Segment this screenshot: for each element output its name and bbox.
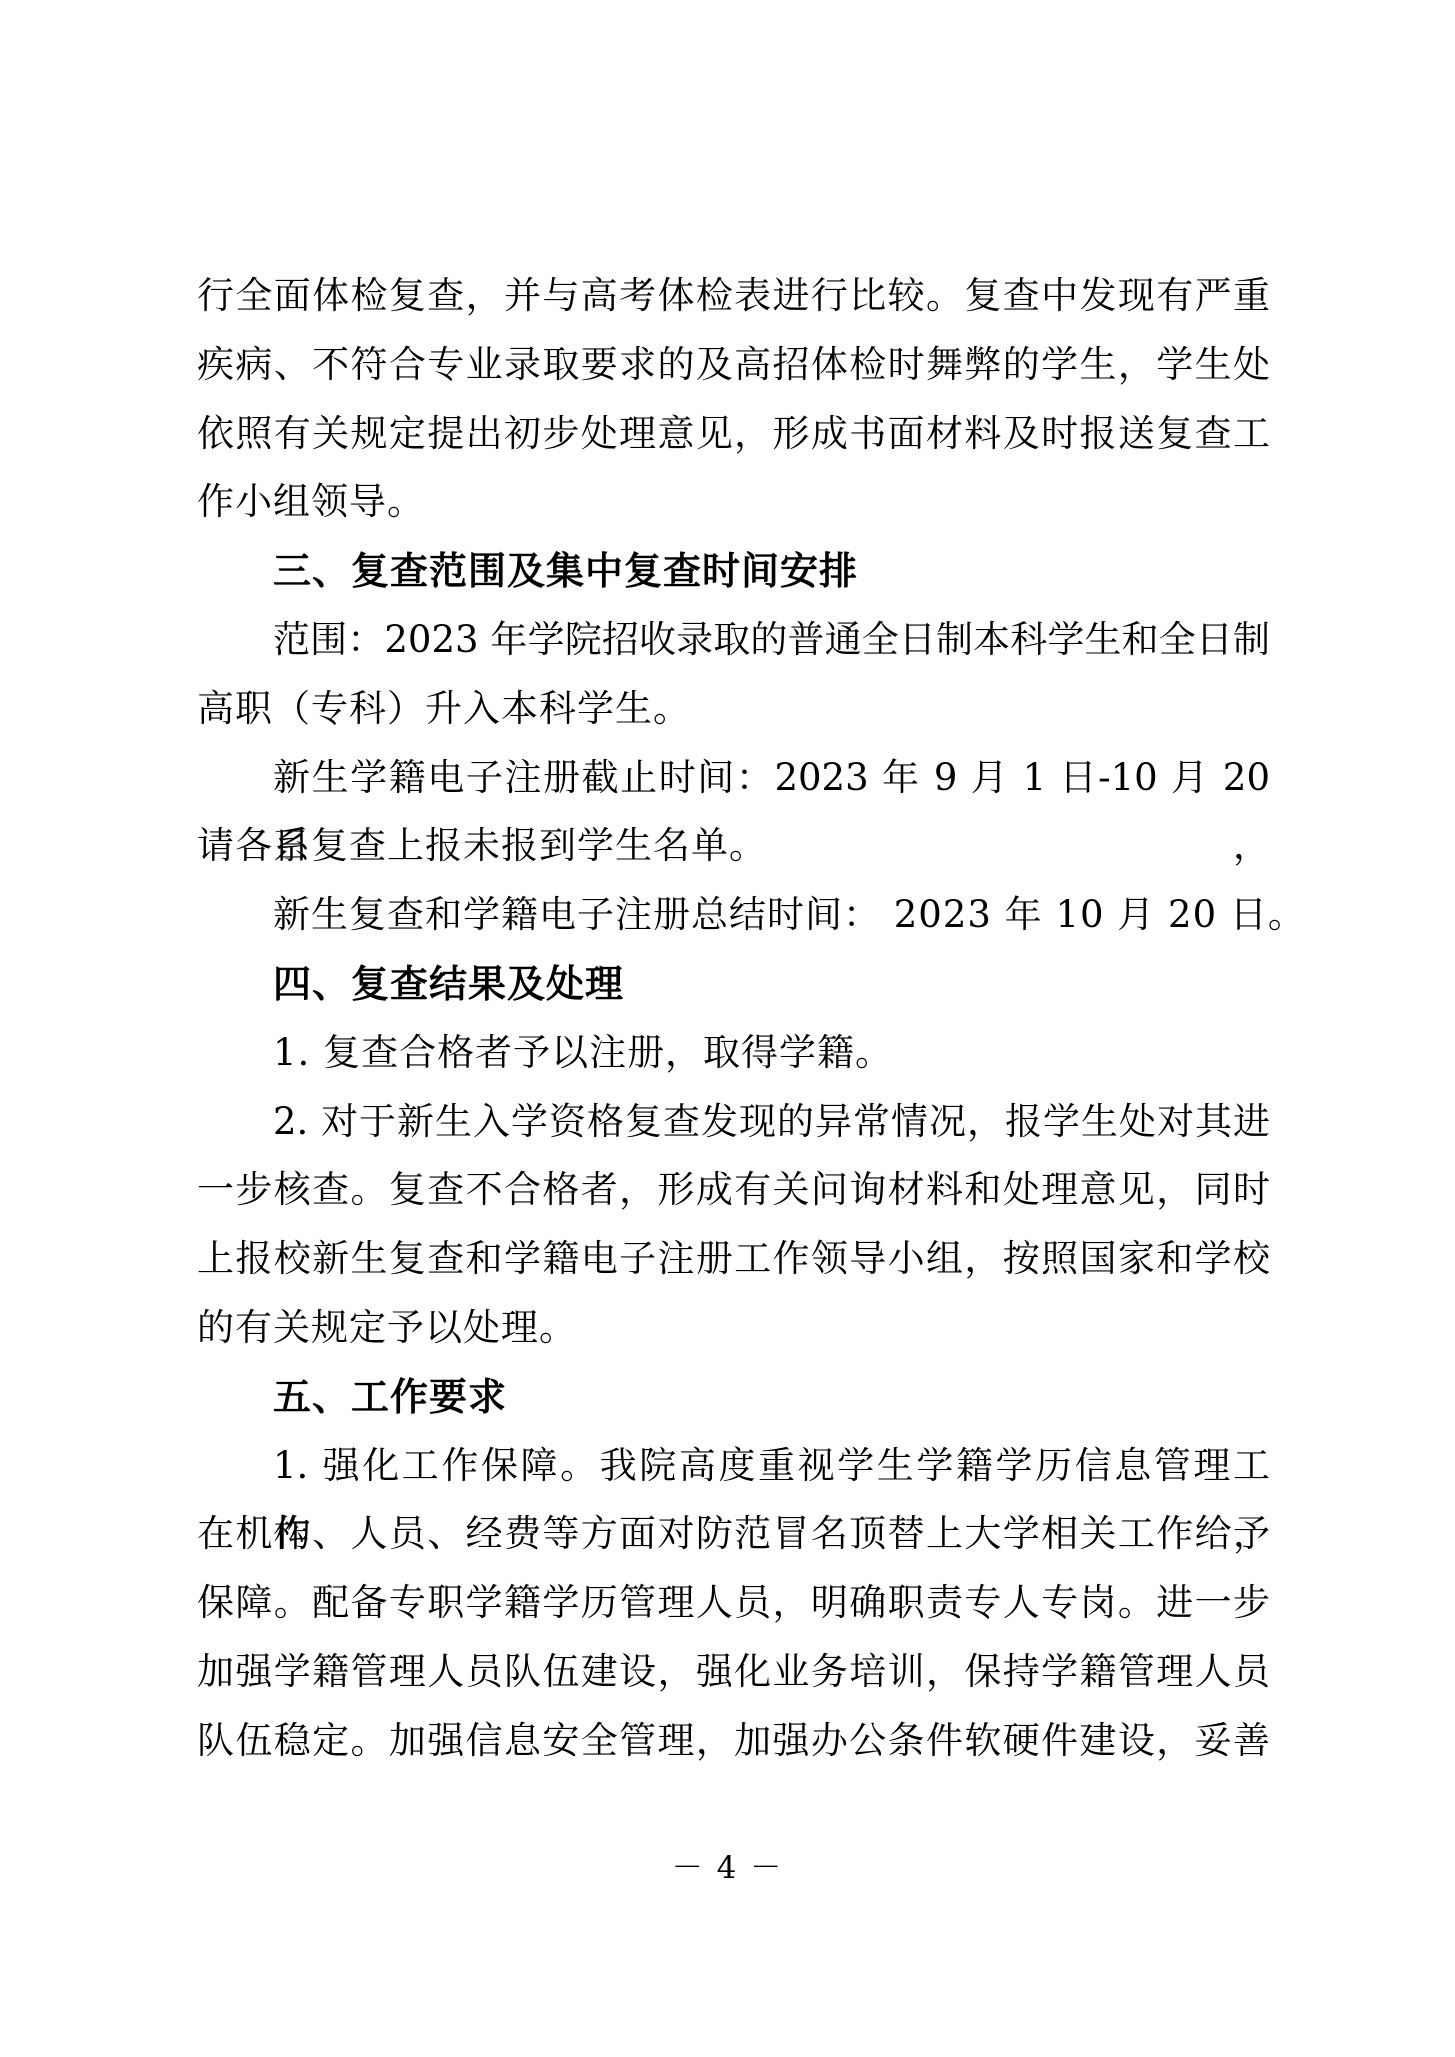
para-requirement-1: 1. 强化工作保障。我院高度重视学生学籍学历信息管理工作，在机构、人员、经费等方… (197, 1432, 1270, 1776)
body-text-line: 高职（专科）升入本科学生。 (197, 675, 1270, 744)
heading-section-4: 四、复查结果及处理 (197, 950, 1270, 1019)
body-text-line: 一步核查。复查不合格者，形成有关问询材料和处理意见，同时 (197, 1156, 1270, 1225)
body-text-line: 加强学籍管理人员队伍建设，强化业务培训，保持学籍管理人员 (197, 1638, 1270, 1707)
body-text-line: 疾病、不符合专业录取要求的及高招体检时舞弊的学生，学生处 (197, 331, 1270, 400)
body-text-line: 2. 对于新生入学资格复查发现的异常情况，报学生处对其进 (197, 1088, 1270, 1157)
document-page: 行全面体检复查，并与高考体检表进行比较。复查中发现有严重疾病、不符合专业录取要求… (0, 0, 1455, 2057)
body-text-line: 保障。配备专职学籍学历管理人员，明确职责专人专岗。进一步 (197, 1569, 1270, 1638)
body-text-line: 上报校新生复查和学籍电子注册工作领导小组，按照国家和学校 (197, 1225, 1270, 1294)
document-body: 行全面体检复查，并与高考体检表进行比较。复查中发现有严重疾病、不符合专业录取要求… (197, 262, 1270, 1776)
body-text-line: 新生学籍电子注册截止时间：2023 年 9 月 1 日-10 月 20 日， (197, 744, 1270, 813)
heading-line: 五、工作要求 (197, 1363, 1270, 1432)
para-continued-from-previous-page: 行全面体检复查，并与高考体检表进行比较。复查中发现有严重疾病、不符合专业录取要求… (197, 262, 1270, 537)
heading-line: 四、复查结果及处理 (197, 950, 1270, 1019)
body-text-line: 作小组领导。 (197, 468, 1270, 537)
body-text-line: 行全面体检复查，并与高考体检表进行比较。复查中发现有严重 (197, 262, 1270, 331)
body-text-line: 的有关规定予以处理。 (197, 1294, 1270, 1363)
heading-section-3: 三、复查范围及集中复查时间安排 (197, 537, 1270, 606)
body-text-line: 新生复查和学籍电子注册总结时间： 2023 年 10 月 20 日。 (197, 881, 1270, 950)
para-scope: 范围：2023 年学院招收录取的普通全日制本科学生和全日制高职（专科）升入本科学… (197, 606, 1270, 744)
para-registration-deadline: 新生学籍电子注册截止时间：2023 年 9 月 1 日-10 月 20 日，请各… (197, 744, 1270, 882)
body-text-line: 范围：2023 年学院招收录取的普通全日制本科学生和全日制 (197, 606, 1270, 675)
body-text-line: 1. 强化工作保障。我院高度重视学生学籍学历信息管理工作， (197, 1432, 1270, 1501)
heading-line: 三、复查范围及集中复查时间安排 (197, 537, 1270, 606)
body-text-line: 队伍稳定。加强信息安全管理，加强办公条件软硬件建设，妥善 (197, 1707, 1270, 1776)
para-result-2: 2. 对于新生入学资格复查发现的异常情况，报学生处对其进一步核查。复查不合格者，… (197, 1088, 1270, 1363)
body-text-line: 在机构、人员、经费等方面对防范冒名顶替上大学相关工作给予 (197, 1500, 1270, 1569)
body-text-line: 依照有关规定提出初步处理意见，形成书面材料及时报送复查工 (197, 400, 1270, 469)
para-summary-time: 新生复查和学籍电子注册总结时间： 2023 年 10 月 20 日。 (197, 881, 1270, 950)
heading-section-5: 五、工作要求 (197, 1363, 1270, 1432)
para-result-1: 1. 复查合格者予以注册，取得学籍。 (197, 1019, 1270, 1088)
page-number: － 4 － (0, 1842, 1455, 1887)
body-text-line: 1. 复查合格者予以注册，取得学籍。 (197, 1019, 1270, 1088)
